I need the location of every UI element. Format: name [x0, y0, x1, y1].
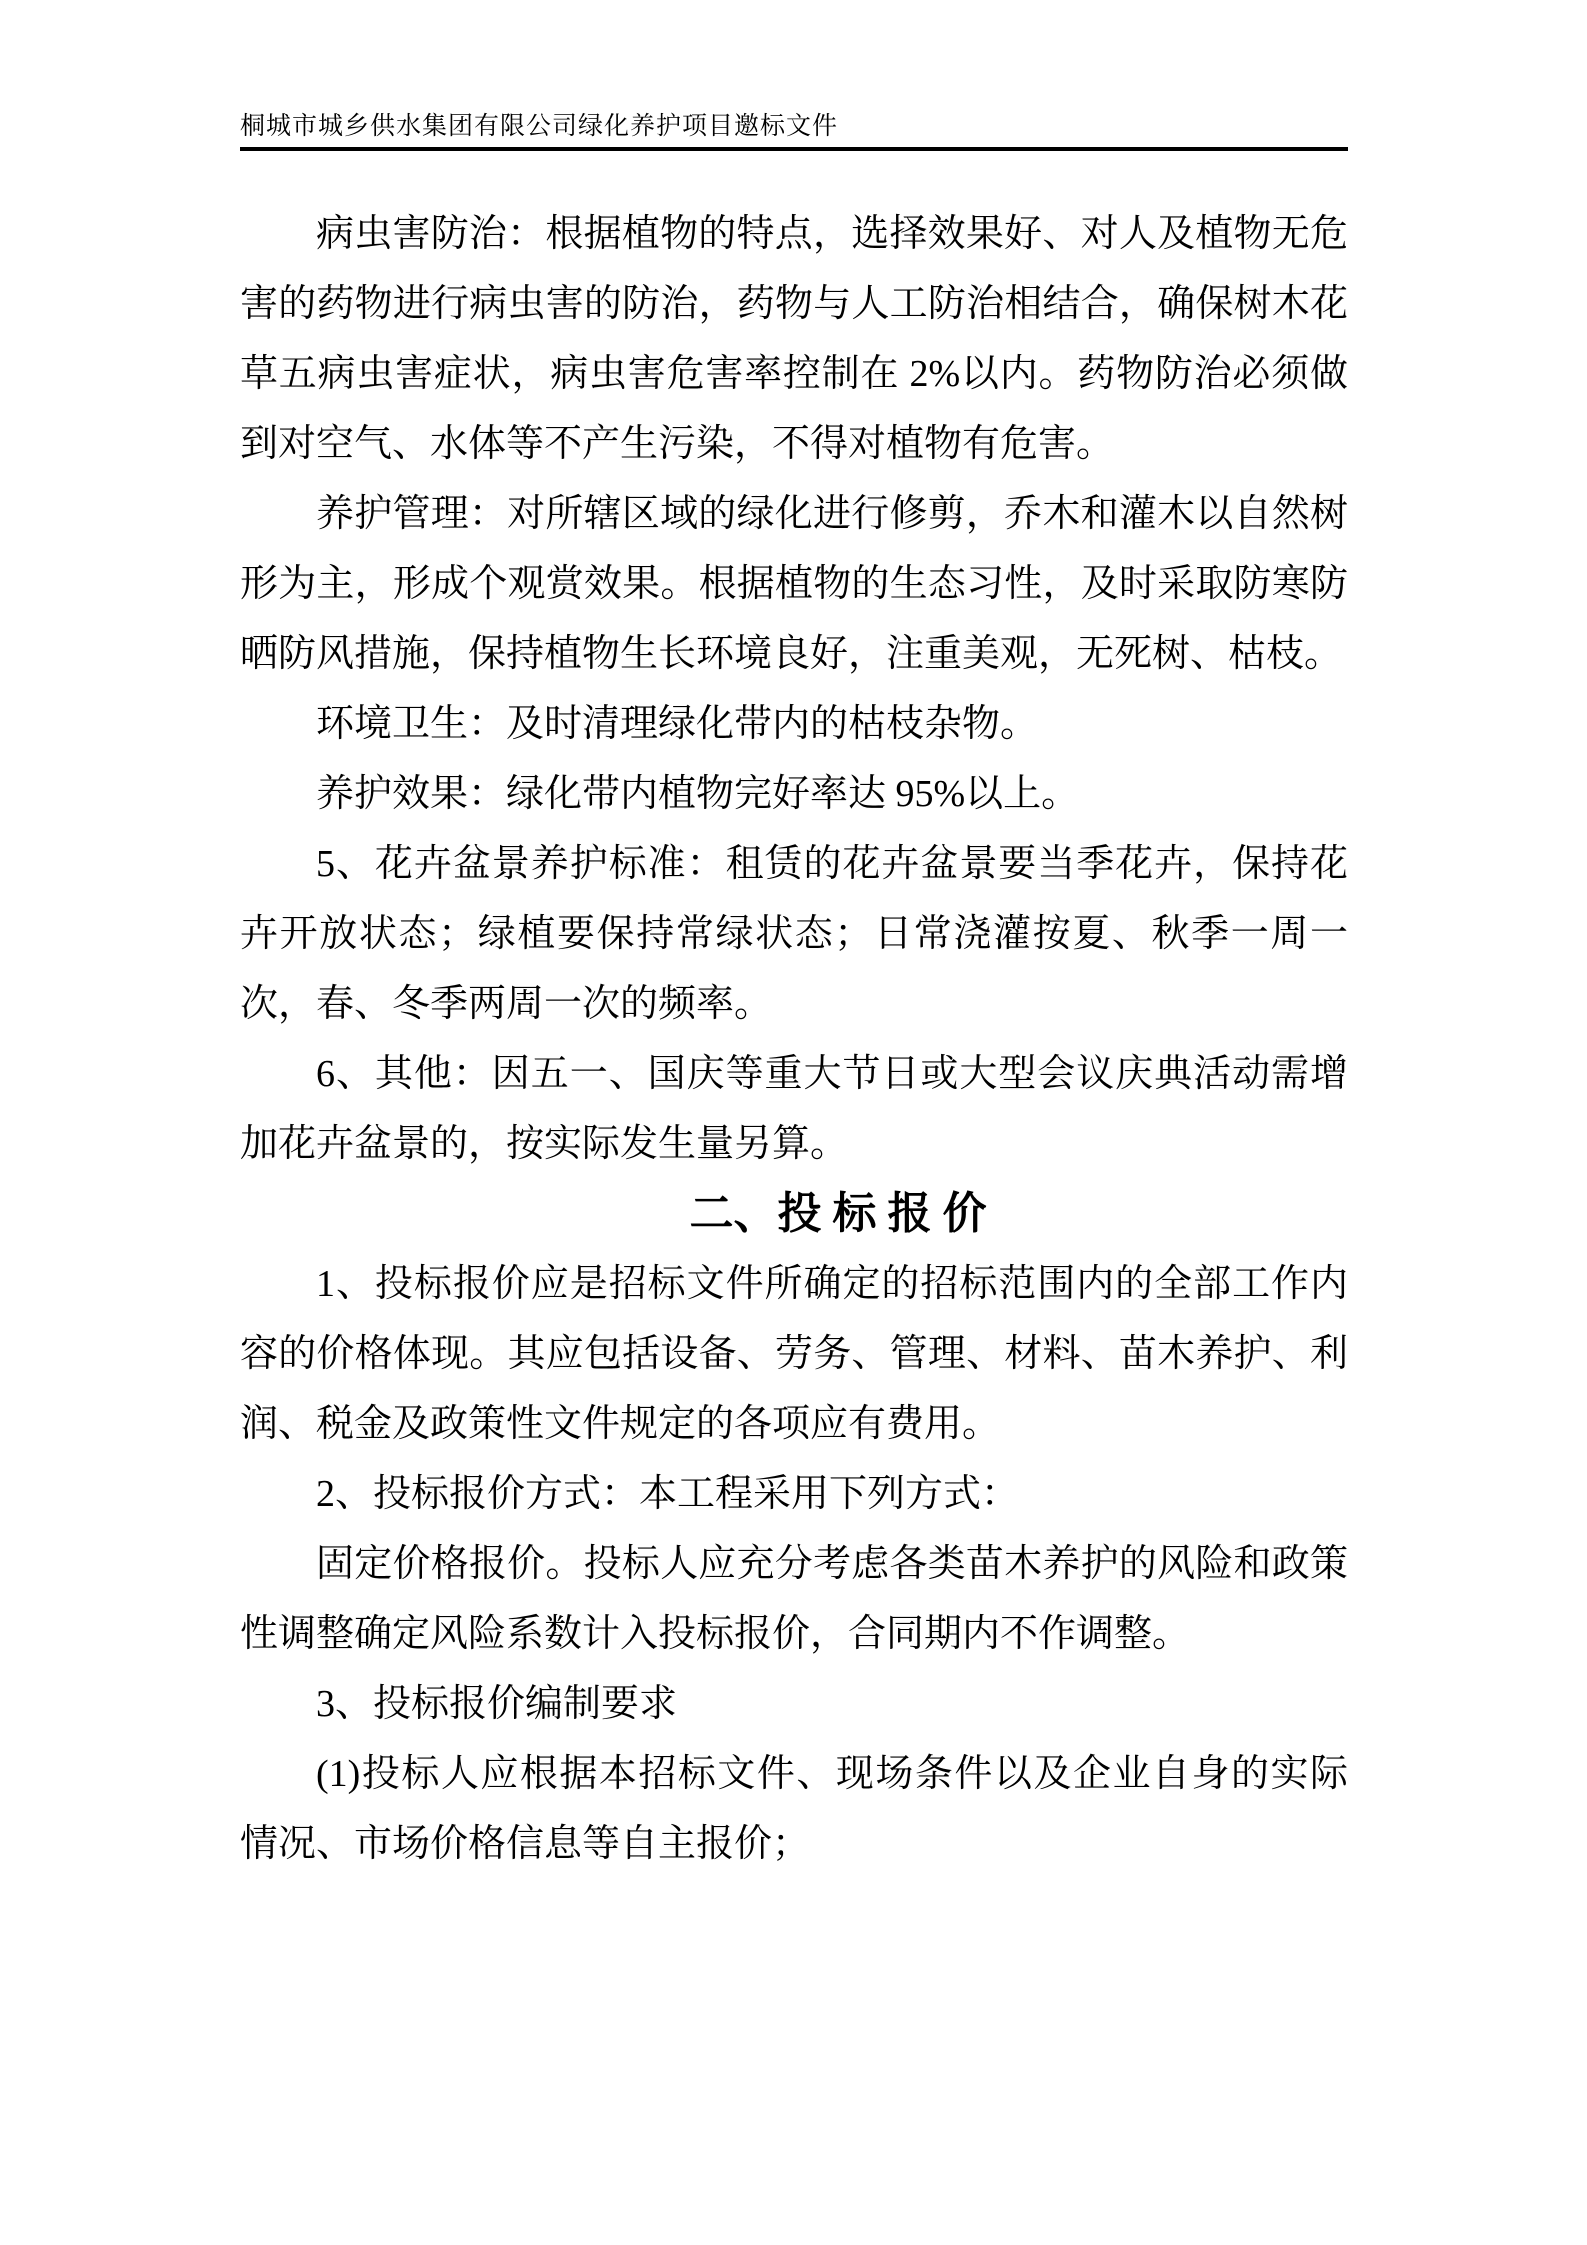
paragraph-pest-control: 病虫害防治：根据植物的特点，选择效果好、对人及植物无危害的药物进行病虫害的防治，… [240, 199, 1348, 479]
paragraph-bid-price-item1: 1、投标报价应是招标文件所确定的招标范围内的全部工作内容的价格体现。其应包括设备… [240, 1249, 1348, 1459]
paragraph-bid-price-item2: 2、投标报价方式：本工程采用下列方式： [240, 1459, 1348, 1529]
header-rule [240, 147, 1348, 151]
paragraph-item5-flower-bonsai: 5、花卉盆景养护标准：租赁的花卉盆景要当季花卉，保持花卉开放状态；绿植要保持常绿… [240, 829, 1348, 1039]
paragraph-bid-price-item3-sub1: (1)投标人应根据本招标文件、现场条件以及企业自身的实际情况、市场价格信息等自主… [240, 1739, 1348, 1879]
paragraph-bid-price-item3: 3、投标报价编制要求 [240, 1669, 1348, 1739]
paragraph-maintenance-management: 养护管理：对所辖区域的绿化进行修剪，乔木和灌木以自然树形为主，形成个观赏效果。根… [240, 479, 1348, 689]
page-content: 桐城市城乡供水集团有限公司绿化养护项目邀标文件 病虫害防治：根据植物的特点，选择… [240, 112, 1348, 1879]
paragraph-item6-other: 6、其他：因五一、国庆等重大节日或大型会议庆典活动需增加花卉盆景的，按实际发生量… [240, 1039, 1348, 1179]
document-body: 病虫害防治：根据植物的特点，选择效果好、对人及植物无危害的药物进行病虫害的防治，… [240, 199, 1348, 1879]
page-header-title: 桐城市城乡供水集团有限公司绿化养护项目邀标文件 [240, 112, 1348, 142]
paragraph-environment-hygiene: 环境卫生：及时清理绿化带内的枯枝杂物。 [240, 689, 1348, 759]
section-heading-bid-price: 二、投 标 报 价 [240, 1179, 1348, 1249]
document-page: 桐城市城乡供水集团有限公司绿化养护项目邀标文件 病虫害防治：根据植物的特点，选择… [0, 0, 1587, 2245]
paragraph-fixed-price: 固定价格报价。投标人应充分考虑各类苗木养护的风险和政策性调整确定风险系数计入投标… [240, 1529, 1348, 1669]
paragraph-maintenance-effect: 养护效果：绿化带内植物完好率达 95%以上。 [240, 759, 1348, 829]
page-header: 桐城市城乡供水集团有限公司绿化养护项目邀标文件 [240, 112, 1348, 151]
